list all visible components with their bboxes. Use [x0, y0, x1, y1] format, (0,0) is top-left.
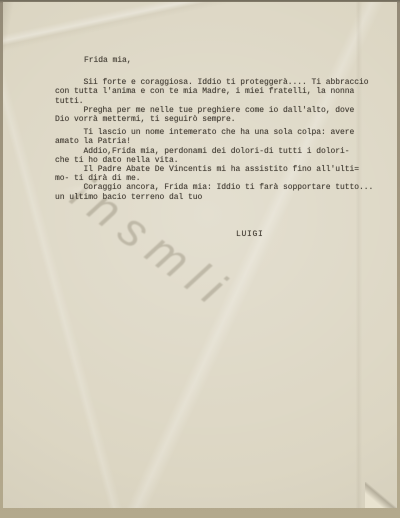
letter-paragraph-1: Sii forte e coraggiosa. Iddio ti protegg… [55, 78, 391, 124]
scanned-letter-page: insmli Frida mia, Sii forte e coraggiosa… [0, 0, 400, 518]
paper-sheet: insmli Frida mia, Sii forte e coraggiosa… [3, 2, 397, 508]
paper-corner-fold [365, 482, 397, 508]
letter-signature: LUIGI [236, 230, 264, 239]
letter-salutation: Frida mia, [84, 56, 391, 65]
letter-text: Frida mia, Sii forte e coraggiosa. Iddio… [55, 56, 391, 202]
letter-paragraph-2: Ti lascio un nome intemerato che ha una … [55, 128, 391, 202]
